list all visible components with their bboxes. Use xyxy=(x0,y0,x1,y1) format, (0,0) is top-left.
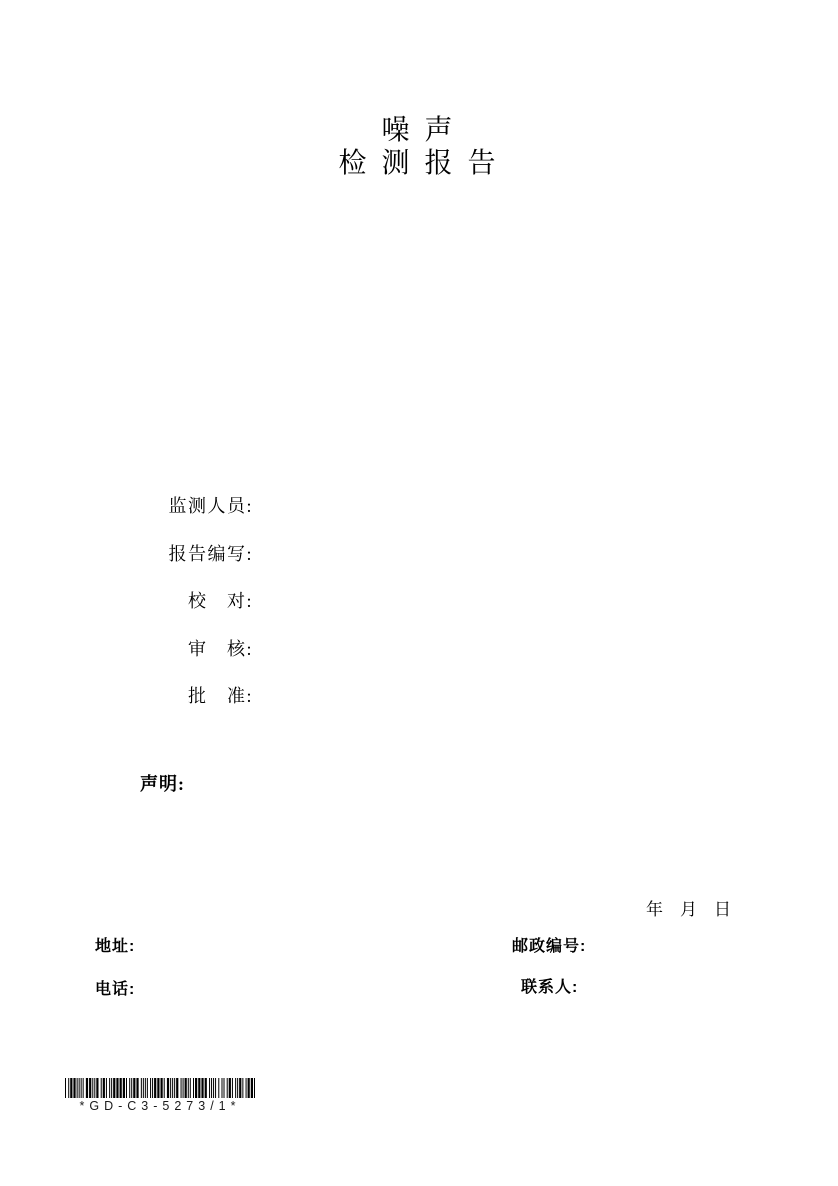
field-label-report-writer: 报告编写: xyxy=(0,531,253,579)
report-title: 噪 声 检 测 报 告 xyxy=(0,114,838,180)
barcode-bars-icon xyxy=(65,1078,255,1098)
statement-label: 声明: xyxy=(140,770,185,796)
field-label-proofread: 校 对: xyxy=(0,578,253,626)
contact-person-label: 联系人: xyxy=(521,974,578,997)
field-label-approval: 批 准: xyxy=(0,673,253,721)
report-title-line2: 检 测 报 告 xyxy=(0,147,838,180)
postal-code-label: 邮政编号: xyxy=(512,933,586,956)
document-barcode: *GD-C3-5273/1* xyxy=(65,1078,255,1113)
address-label: 地址: xyxy=(95,933,135,956)
signature-fields: 监测人员: 报告编写: 校 对: 审 核: 批 准: xyxy=(0,483,253,721)
field-label-monitoring-personnel: 监测人员: xyxy=(0,483,253,531)
barcode-text: *GD-C3-5273/1* xyxy=(65,1099,255,1113)
date-placeholder: 年 月 日 xyxy=(646,895,731,920)
report-title-line1: 噪 声 xyxy=(0,114,838,147)
phone-label: 电话: xyxy=(95,976,135,999)
report-cover-page: 噪 声 检 测 报 告 监测人员: 报告编写: 校 对: 审 核: 批 准: 声… xyxy=(0,0,838,1186)
field-label-review: 审 核: xyxy=(0,626,253,674)
